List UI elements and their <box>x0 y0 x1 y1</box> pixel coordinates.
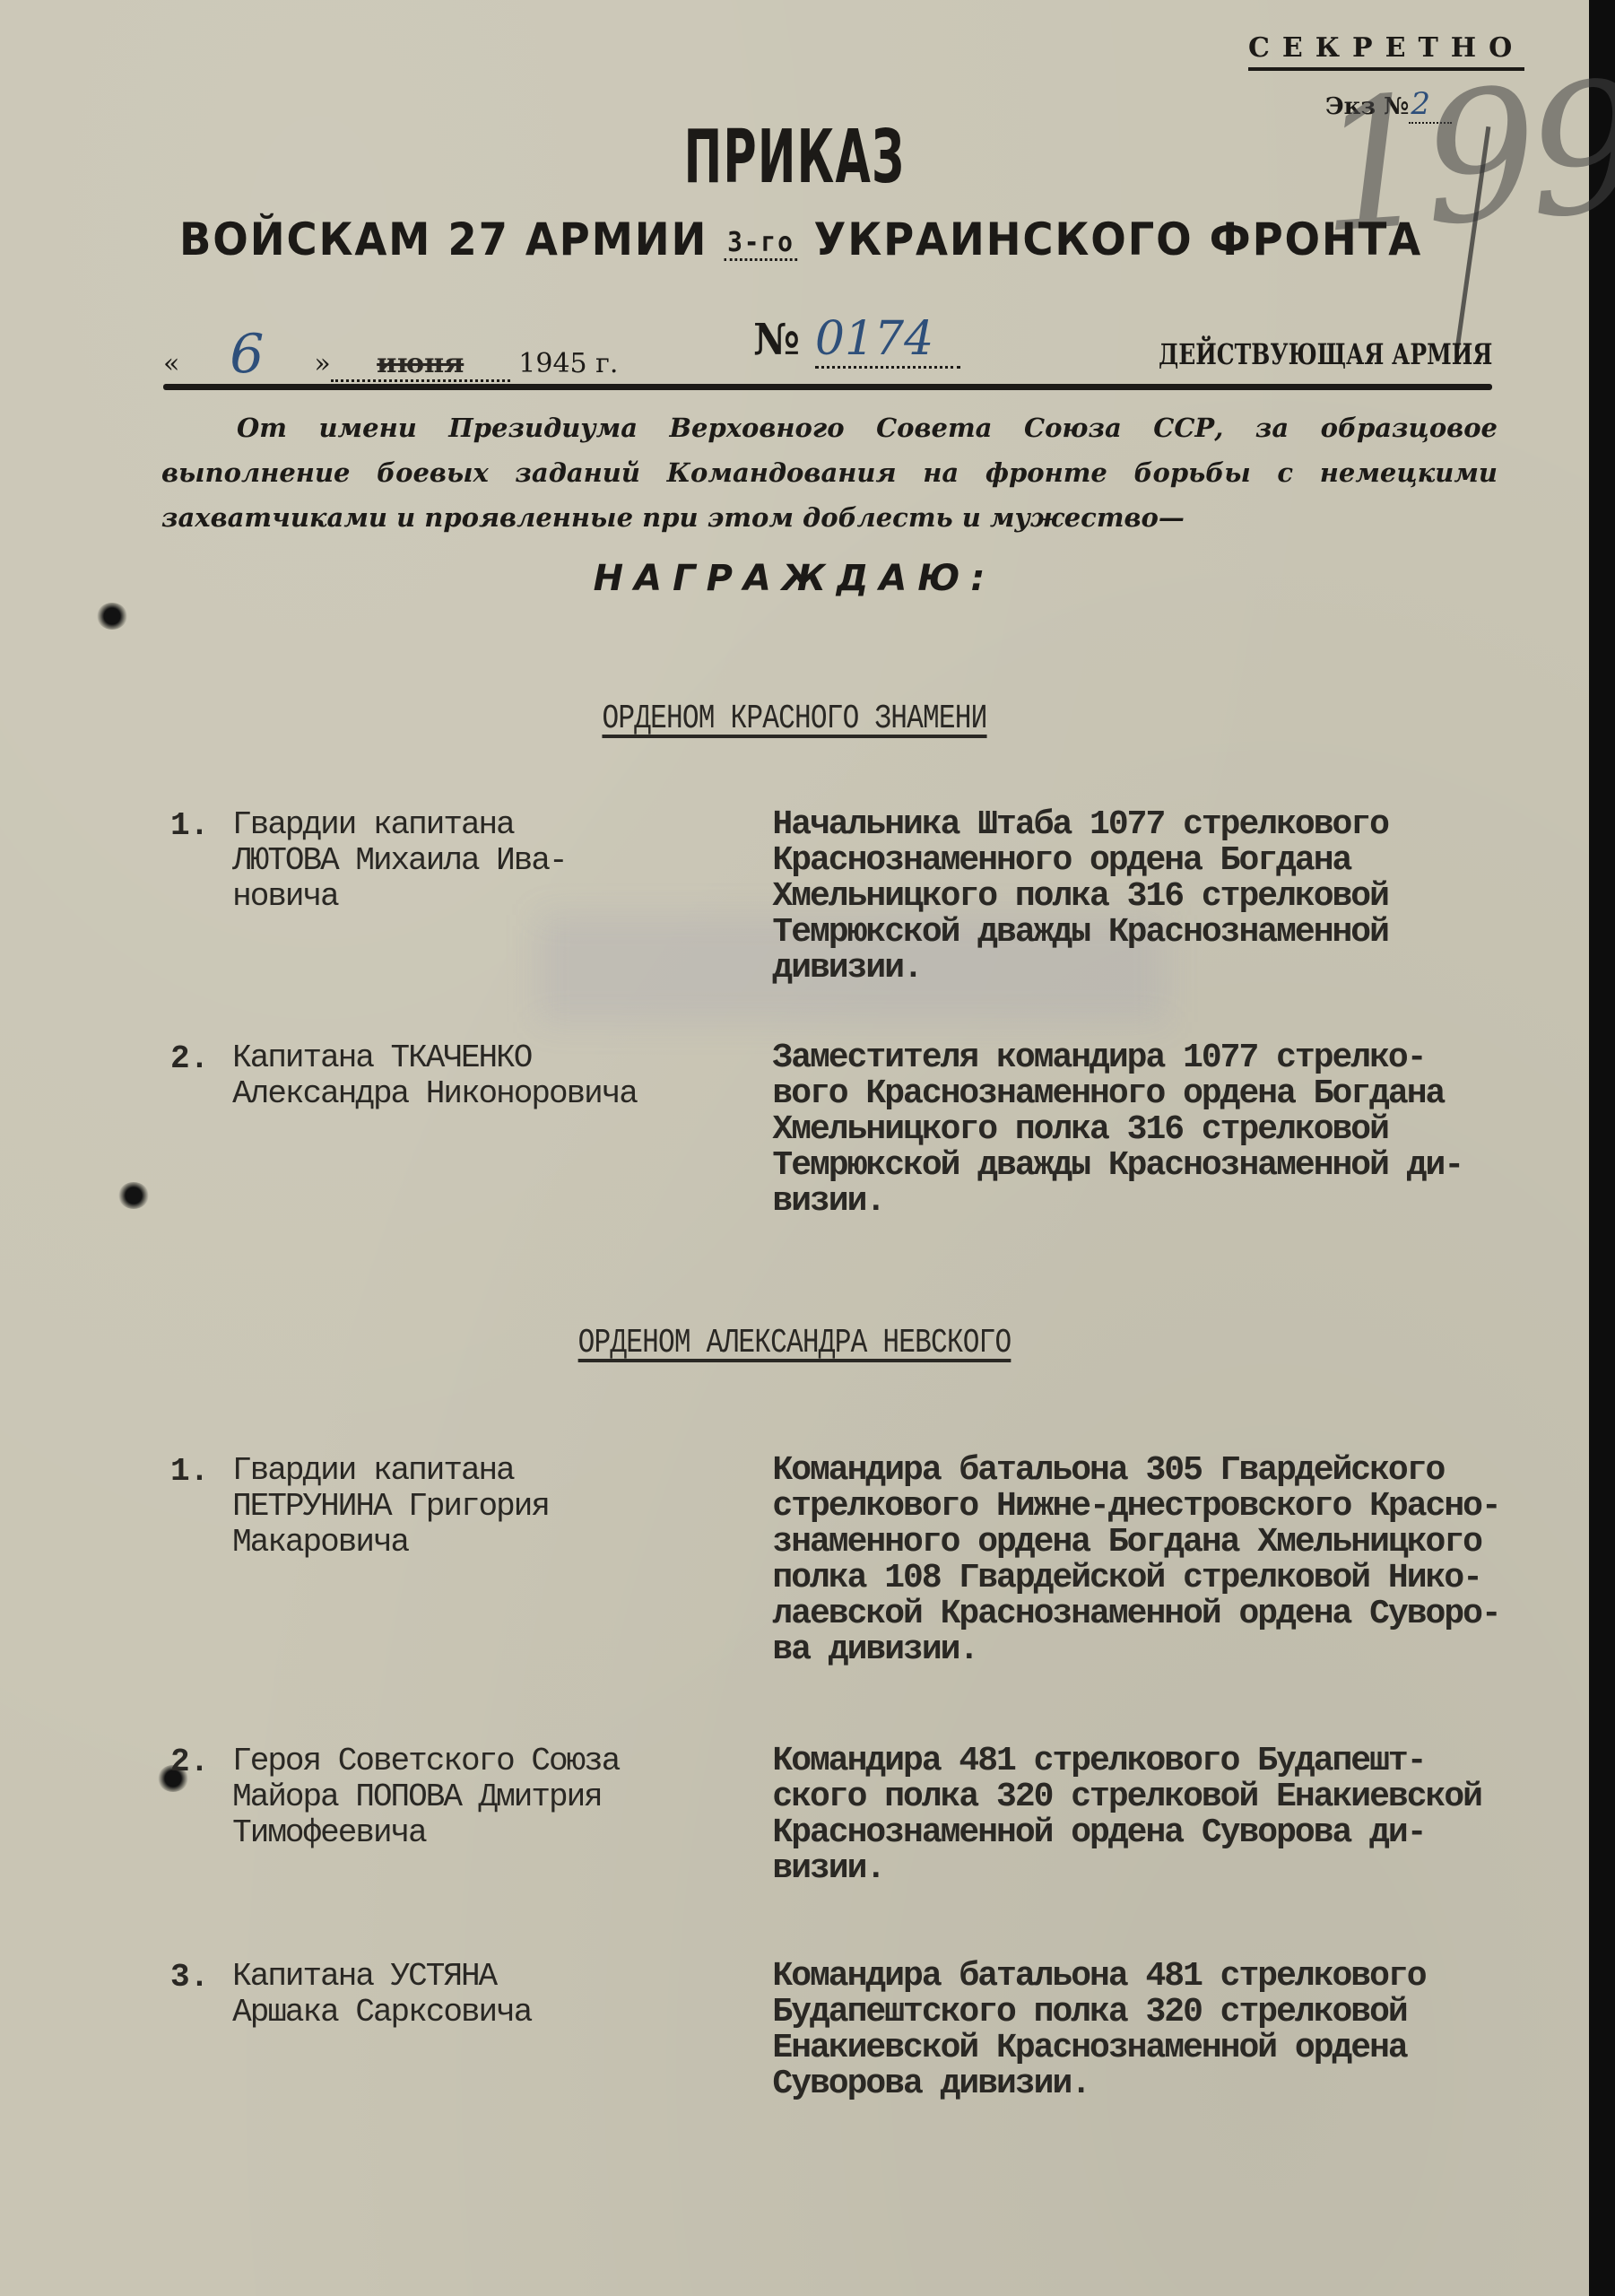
order-number: № 0174 <box>753 312 960 366</box>
recipient-name: Гвардии капитана ЛЮТОВА Михаила Ива- нов… <box>232 807 772 987</box>
document-page: СЕКРЕТНО Экз №2 199 ПРИКАЗ ВОЙСКАМ 27 АР… <box>0 0 1589 2296</box>
recipient-position: Заместителя командира 1077 стрелко- вого… <box>772 1040 1569 1220</box>
award-entry: 3. Капитана УСТЯНА Аршака Сарксовича Ком… <box>170 1959 1569 2102</box>
order-date: «6»июня 1945 г. <box>163 323 618 388</box>
recipient-position: Командира батальона 305 Гвардейского стр… <box>772 1453 1569 1668</box>
date-year: 1945 г. <box>518 348 618 379</box>
header-divider <box>163 384 1492 390</box>
entry-number: 2. <box>170 1040 232 1220</box>
recipient-name: Капитана ТКАЧЕНКО Александра Никонорович… <box>232 1040 772 1220</box>
document-title: ПРИКАЗ <box>302 115 1288 200</box>
entry-number: 1. <box>170 1453 232 1668</box>
recipient-position: Начальника Штаба 1077 стрелкового Красно… <box>772 807 1569 987</box>
award-heading: НАГРАЖДАЮ: <box>0 558 1589 599</box>
recipient-name: Героя Советского Союза Майора ПОПОВА Дми… <box>232 1744 772 1887</box>
front-number: 3-го <box>724 227 797 261</box>
recipient-position: Командира батальона 481 стрелкового Буда… <box>772 1959 1569 2102</box>
section-title-alexander-nevsky: ОРДЕНОМ АЛЕКСАНДРА НЕВСКОГО <box>143 1324 1446 1362</box>
recipient-name: Капитана УСТЯНА Аршака Сарксовича <box>232 1959 772 2102</box>
document-subtitle: ВОЙСКАМ 27 АРМИИ 3-го УКРАИНСКОГО ФРОНТА <box>179 213 1422 265</box>
award-entry: 1. Гвардии капитана ЛЮТОВА Михаила Ива- … <box>170 807 1569 987</box>
preamble-text: От имени Президиума Верховного Совета Со… <box>161 405 1498 540</box>
location-label: ДЕЙСТВУЮЩАЯ АРМИЯ <box>1159 337 1492 371</box>
award-entry: 2. Героя Советского Союза Майора ПОПОВА … <box>170 1744 1569 1887</box>
entry-number: 3. <box>170 1959 232 2102</box>
recipient-name: Гвардии капитана ПЕТРУНИНА Григория Мака… <box>232 1453 772 1668</box>
order-number-value: 0174 <box>815 312 960 369</box>
section-title-red-banner: ОРДЕНОМ КРАСНОГО ЗНАМЕНИ <box>143 700 1446 738</box>
entry-number: 1. <box>170 807 232 987</box>
punch-hole-icon <box>118 1182 149 1209</box>
subtitle-suffix: УКРАИНСКОГО ФРОНТА <box>814 213 1423 265</box>
recipient-position: Командира 481 стрелкового Будапешт- ског… <box>772 1744 1569 1887</box>
order-number-label: № <box>753 315 800 365</box>
date-month: июня <box>377 348 464 379</box>
date-day: 6 <box>230 323 264 386</box>
award-entry: 1. Гвардии капитана ПЕТРУНИНА Григория М… <box>170 1453 1569 1668</box>
entry-number: 2. <box>170 1744 232 1887</box>
punch-hole-icon <box>97 603 127 630</box>
subtitle-prefix: ВОЙСКАМ 27 АРМИИ <box>179 213 708 265</box>
award-entry: 2. Капитана ТКАЧЕНКО Александра Никоноро… <box>170 1040 1569 1220</box>
